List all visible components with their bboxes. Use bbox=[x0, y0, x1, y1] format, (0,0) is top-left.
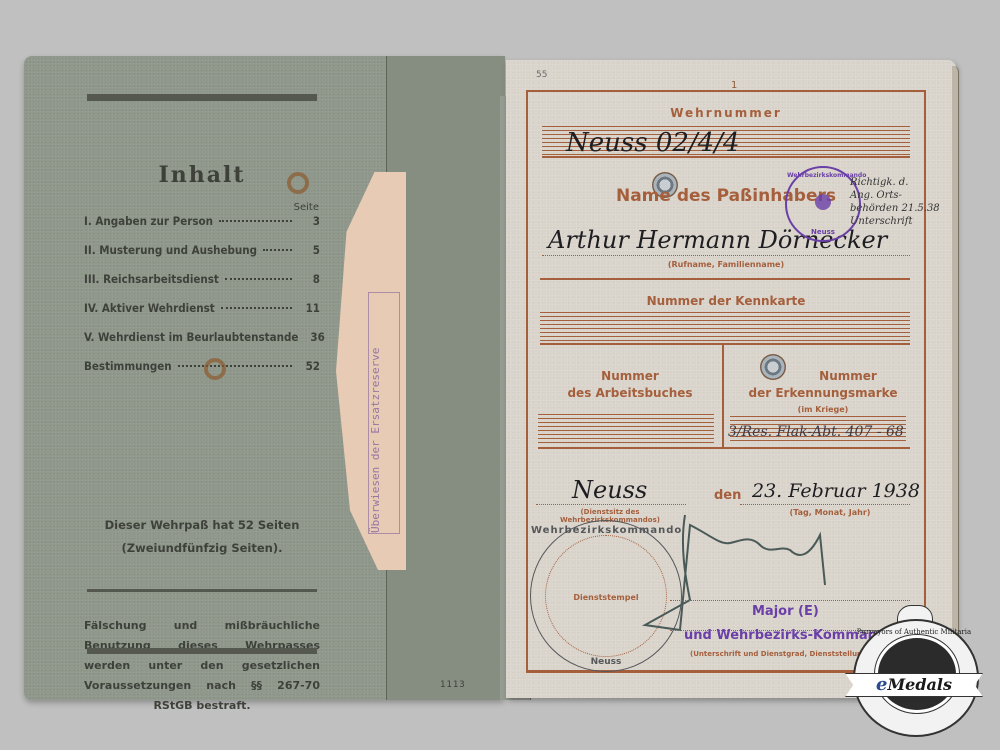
erkennungsmarke-label-line: der Erkennungsmarke bbox=[728, 385, 918, 402]
badge-established: Est. 1997 bbox=[845, 703, 983, 709]
wehrnummer-label: Wehrnummer bbox=[526, 106, 926, 120]
rust-stain bbox=[204, 358, 226, 380]
divider-rule bbox=[87, 589, 317, 592]
toc-bottom-rule bbox=[87, 648, 317, 654]
margin-note-line: Richtigk. d. bbox=[850, 176, 940, 189]
signature-rank: Major (E) bbox=[752, 604, 819, 619]
stamp-city: Neuss bbox=[531, 657, 681, 667]
rust-stain bbox=[287, 172, 309, 194]
eagle-emblem-icon bbox=[815, 194, 831, 210]
erkennungsmarke-label-line: Nummer bbox=[728, 368, 918, 385]
toc-item: Bestimmungen52 bbox=[84, 359, 320, 388]
signature-dotted-line bbox=[670, 600, 910, 601]
arbeitsbuch-label-line: des Arbeitsbuches bbox=[540, 385, 720, 402]
purple-stamp-ring-text: Wehrbezirkskommando bbox=[787, 172, 859, 179]
kennkarte-field-lines bbox=[540, 312, 910, 342]
table-of-contents: I. Angaben zur Person3 II. Musterung und… bbox=[84, 214, 320, 388]
toc-item: V. Wehrdienst im Beurlaubtenstande36 bbox=[84, 330, 320, 359]
brand-name: eMedals bbox=[876, 675, 952, 694]
kennkarte-label: Nummer der Kennkarte bbox=[526, 294, 926, 308]
toc-top-rule bbox=[87, 94, 317, 101]
toc-item: I. Angaben zur Person3 bbox=[84, 214, 320, 243]
page-count-line: (Zweiundfünfzig Seiten). bbox=[84, 537, 320, 560]
erkennungsmarke-label: Nummer der Erkennungsmarke bbox=[728, 368, 918, 402]
erkennungsmarke-caption: (im Kriege) bbox=[728, 405, 918, 414]
date-value: 23. Februar 1938 bbox=[752, 480, 920, 502]
slip-stamp-text: Überwiesen der Ersatzreserve bbox=[368, 292, 400, 534]
page-count-note: Dieser Wehrpaß hat 52 Seiten (Zweiundfün… bbox=[84, 514, 320, 560]
rule bbox=[540, 278, 910, 280]
badge-tagline: Purveyors of Authentic Militaria bbox=[845, 628, 983, 636]
toc-item: IV. Aktiver Wehrdienst11 bbox=[84, 301, 320, 330]
page-stack-edge bbox=[952, 66, 959, 690]
name-dotted-line bbox=[542, 255, 910, 256]
rule bbox=[538, 447, 910, 449]
emedals-watermark: Purveyors of Authentic Militaria eMedals… bbox=[845, 605, 983, 735]
pocket-number: 1113 bbox=[440, 680, 466, 690]
margin-note: Richtigk. d. Ang. Orts- behörden 21.5.38… bbox=[850, 176, 940, 228]
column-divider bbox=[722, 343, 724, 449]
name-caption: (Rufname, Familienname) bbox=[526, 260, 926, 269]
arbeitsbuch-field-lines bbox=[538, 414, 714, 444]
brand-rest: Medals bbox=[887, 675, 952, 694]
den-label: den bbox=[714, 488, 741, 503]
margin-note-line: Ang. Orts- bbox=[850, 189, 940, 202]
forgery-warning: Fälschung und mißbräuchliche Benutzung d… bbox=[84, 616, 320, 716]
toc-title: Inhalt bbox=[84, 162, 320, 188]
rule bbox=[540, 343, 910, 345]
toc-item: II. Musterung und Aushebung5 bbox=[84, 243, 320, 272]
wehrnummer-value: Neuss 02/4/4 bbox=[566, 128, 740, 158]
place-value: Neuss bbox=[572, 476, 647, 504]
toc-page-header: Seite bbox=[279, 202, 319, 213]
toc-item: III. Reichsarbeitsdienst8 bbox=[84, 272, 320, 301]
arbeitsbuch-label-line: Nummer bbox=[540, 368, 720, 385]
purple-stamp-city: Neuss bbox=[787, 228, 859, 236]
brand-e: e bbox=[876, 674, 887, 695]
brand-banner: eMedals bbox=[845, 673, 983, 697]
arbeitsbuch-label: Nummer des Arbeitsbuches bbox=[540, 368, 720, 402]
erkennungsmarke-value: 3/Res. Flak-Abt. 407 - 68 bbox=[728, 424, 904, 440]
page-count-line: Dieser Wehrpaß hat 52 Seiten bbox=[84, 514, 320, 537]
margin-note-line: Unterschrift bbox=[850, 215, 940, 228]
corner-pencil-mark: 55 bbox=[536, 70, 547, 80]
margin-note-line: behörden 21.5.38 bbox=[850, 202, 940, 215]
